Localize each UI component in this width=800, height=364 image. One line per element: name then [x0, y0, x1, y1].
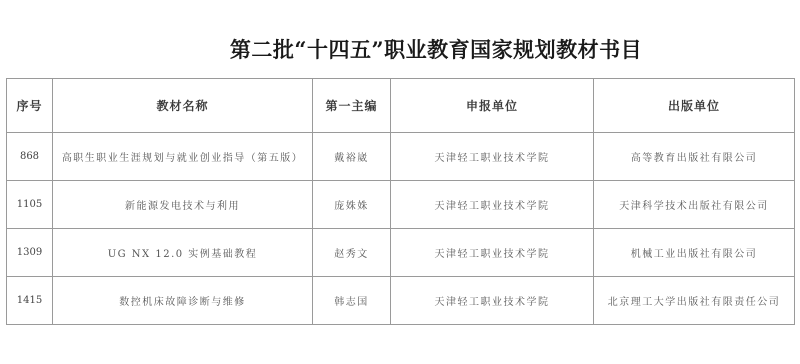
cell-publisher: 北京理工大学出版社有限责任公司 [594, 277, 795, 325]
cell-applicant-unit: 天津轻工职业技术学院 [391, 277, 594, 325]
header-seq: 序号 [7, 79, 53, 133]
cell-textbook-name: 高职生职业生涯规划与就业创业指导（第五版） [53, 133, 313, 181]
document-title: 第二批“十四五”职业教育国家规划教材书目 [0, 34, 800, 64]
cell-textbook-name: UG NX 12.0 实例基础教程 [53, 229, 313, 277]
textbook-catalog-table: 序号 教材名称 第一主编 申报单位 出版单位 868 高职生职业生涯规划与就业创… [6, 78, 795, 325]
cell-first-editor: 韩志国 [313, 277, 391, 325]
cell-publisher: 高等教育出版社有限公司 [594, 133, 795, 181]
table-row: 1309 UG NX 12.0 实例基础教程 赵秀文 天津轻工职业技术学院 机械… [7, 229, 795, 277]
cell-seq: 1105 [7, 181, 53, 229]
cell-applicant-unit: 天津轻工职业技术学院 [391, 133, 594, 181]
table-row: 1415 数控机床故障诊断与维修 韩志国 天津轻工职业技术学院 北京理工大学出版… [7, 277, 795, 325]
cell-first-editor: 赵秀文 [313, 229, 391, 277]
header-publisher: 出版单位 [594, 79, 795, 133]
cell-first-editor: 庞姝姝 [313, 181, 391, 229]
cell-publisher: 机械工业出版社有限公司 [594, 229, 795, 277]
cell-seq: 1309 [7, 229, 53, 277]
cell-seq: 1415 [7, 277, 53, 325]
cell-applicant-unit: 天津轻工职业技术学院 [391, 181, 594, 229]
cell-textbook-name: 数控机床故障诊断与维修 [53, 277, 313, 325]
cell-seq: 868 [7, 133, 53, 181]
header-textbook-name: 教材名称 [53, 79, 313, 133]
cell-textbook-name: 新能源发电技术与利用 [53, 181, 313, 229]
header-first-editor: 第一主编 [313, 79, 391, 133]
table-header-row: 序号 教材名称 第一主编 申报单位 出版单位 [7, 79, 795, 133]
cell-applicant-unit: 天津轻工职业技术学院 [391, 229, 594, 277]
table-row: 868 高职生职业生涯规划与就业创业指导（第五版） 戴裕崴 天津轻工职业技术学院… [7, 133, 795, 181]
table-row: 1105 新能源发电技术与利用 庞姝姝 天津轻工职业技术学院 天津科学技术出版社… [7, 181, 795, 229]
header-applicant-unit: 申报单位 [391, 79, 594, 133]
cell-publisher: 天津科学技术出版社有限公司 [594, 181, 795, 229]
cell-first-editor: 戴裕崴 [313, 133, 391, 181]
